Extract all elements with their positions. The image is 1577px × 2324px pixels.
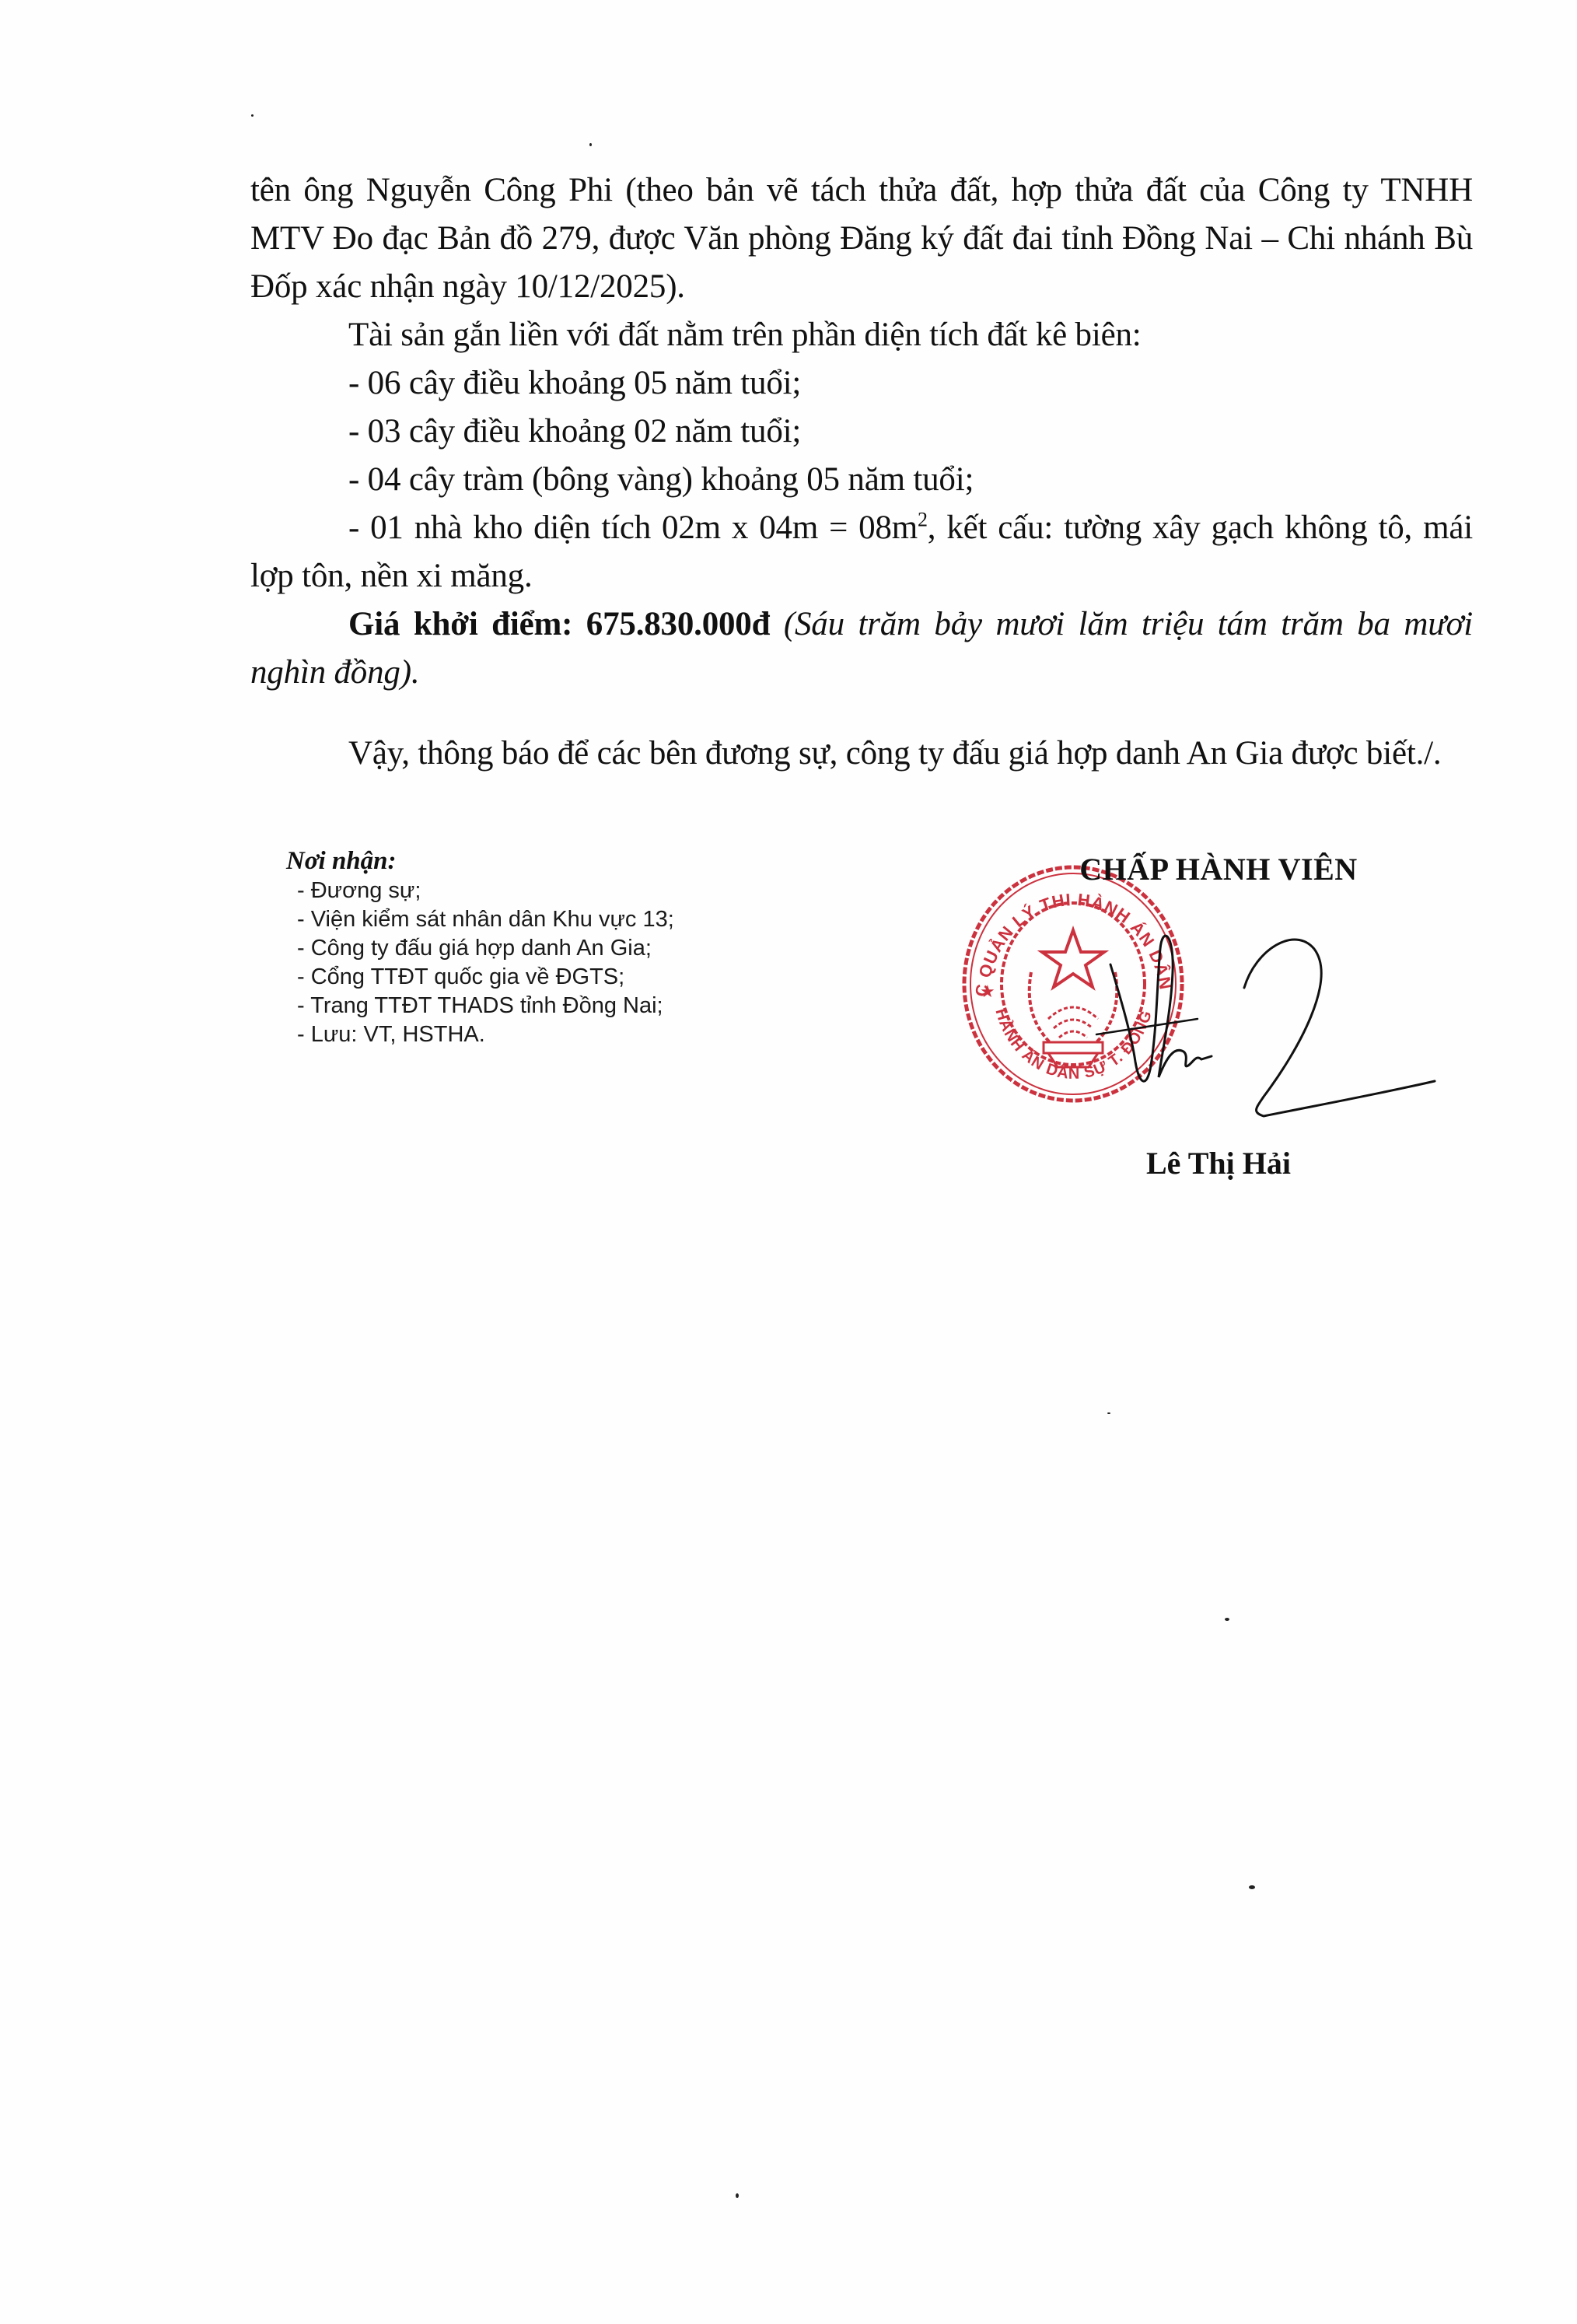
recipient-item: - Viện kiểm sát nhân dân Khu vực 13; bbox=[297, 905, 674, 934]
asset-item-4: - 01 nhà kho diện tích 02m x 04m = 08m2,… bbox=[250, 504, 1473, 600]
scan-speck bbox=[1107, 1412, 1110, 1414]
asset-item-1: - 06 cây điều khoảng 05 năm tuổi; bbox=[250, 359, 1473, 408]
signer-title: CHẤP HÀNH VIÊN bbox=[1044, 851, 1393, 887]
scan-speck bbox=[1225, 1618, 1229, 1621]
recipient-item: - Lưu: VT, HSTHA. bbox=[297, 1020, 674, 1049]
closing-paragraph: Vậy, thông báo để các bên đương sự, công… bbox=[250, 730, 1473, 778]
asset-item-4-prefix: - 01 nhà kho diện tích 02m x 04m = 08m bbox=[348, 509, 918, 546]
paragraph-land-description: tên ông Nguyễn Công Phi (theo bản vẽ tác… bbox=[250, 166, 1473, 311]
recipients-list: - Đương sự; - Viện kiểm sát nhân dân Khu… bbox=[286, 877, 674, 1049]
recipients-block: Nơi nhận: - Đương sự; - Viện kiểm sát nh… bbox=[286, 845, 674, 1049]
document-body: tên ông Nguyễn Công Phi (theo bản vẽ tác… bbox=[250, 166, 1473, 778]
asset-item-3: - 04 cây tràm (bông vàng) khoảng 05 năm … bbox=[250, 456, 1473, 504]
scan-speck bbox=[251, 114, 254, 117]
assets-intro: Tài sản gắn liền với đất nằm trên phần d… bbox=[250, 311, 1473, 359]
scan-speck bbox=[589, 143, 592, 146]
recipient-item: - Trang TTĐT THADS tỉnh Đồng Nai; bbox=[297, 992, 674, 1020]
recipient-item: - Cổng TTĐT quốc gia về ĐGTS; bbox=[297, 963, 674, 992]
document-page: tên ông Nguyễn Công Phi (theo bản vẽ tác… bbox=[0, 0, 1577, 2324]
scan-speck bbox=[1249, 1885, 1255, 1889]
asset-item-2: - 03 cây điều khoảng 02 năm tuổi; bbox=[250, 408, 1473, 456]
signature-block: CHẤP HÀNH VIÊN CỤC QUẢN LÝ THI HÀNH ÁN D… bbox=[956, 840, 1462, 1213]
starting-price-label: Giá khởi điểm: 675.830.000đ bbox=[348, 606, 770, 642]
starting-price: Giá khởi điểm: 675.830.000đ (Sáu trăm bả… bbox=[250, 600, 1473, 697]
scan-speck bbox=[736, 2193, 739, 2198]
signer-name: Lê Thị Hải bbox=[1044, 1145, 1393, 1181]
handwritten-signature-icon bbox=[1089, 918, 1454, 1120]
recipient-item: - Công ty đấu giá hợp danh An Gia; bbox=[297, 934, 674, 963]
svg-text:★: ★ bbox=[980, 982, 995, 1002]
recipients-title: Nơi nhận: bbox=[286, 845, 674, 877]
recipient-item: - Đương sự; bbox=[297, 877, 674, 905]
area-superscript: 2 bbox=[918, 509, 928, 531]
